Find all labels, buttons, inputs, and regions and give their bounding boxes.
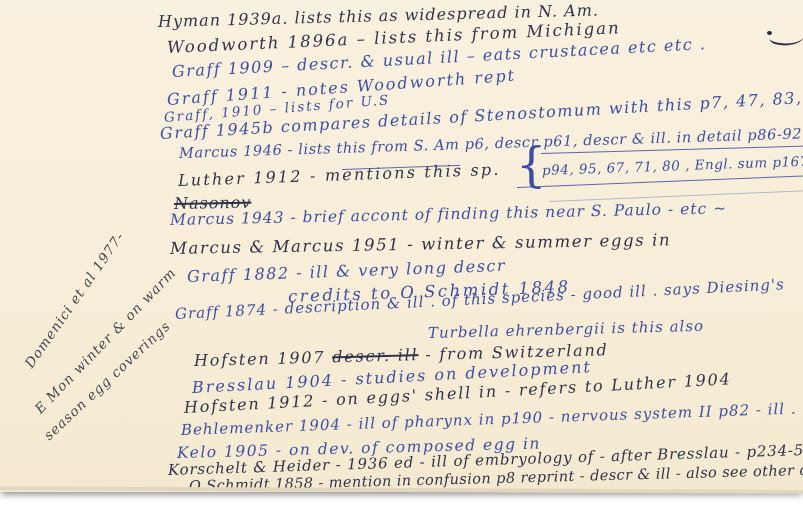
note-line-page-refs: p94, 95, 67, 71, 80 , Engl. sum p167-8	[542, 153, 803, 179]
scanned-index-card-page: Hyman 1939a. lists this as widespread in…	[0, 0, 803, 505]
index-card: Hyman 1939a. lists this as widespread in…	[0, 0, 803, 492]
note-line-marcus-marcus-1951: Marcus & Marcus 1951 - winter & summer e…	[170, 230, 672, 258]
margin-note-domenici-line1: Domenici et al 1977-	[22, 229, 128, 371]
note-line-turbella-ehrenbergii: Turbella ehrenbergii is this also	[428, 317, 705, 342]
stray-ink-stroke	[769, 26, 803, 49]
card-bottom-edge	[0, 486, 803, 494]
hofsten-1907-pre: Hofsten 1907	[194, 347, 333, 370]
strikethrough-descr-ill: descr. ill	[332, 345, 419, 366]
note-line-marcus-1943: Marcus 1943 - brief accont of finding th…	[170, 199, 727, 229]
